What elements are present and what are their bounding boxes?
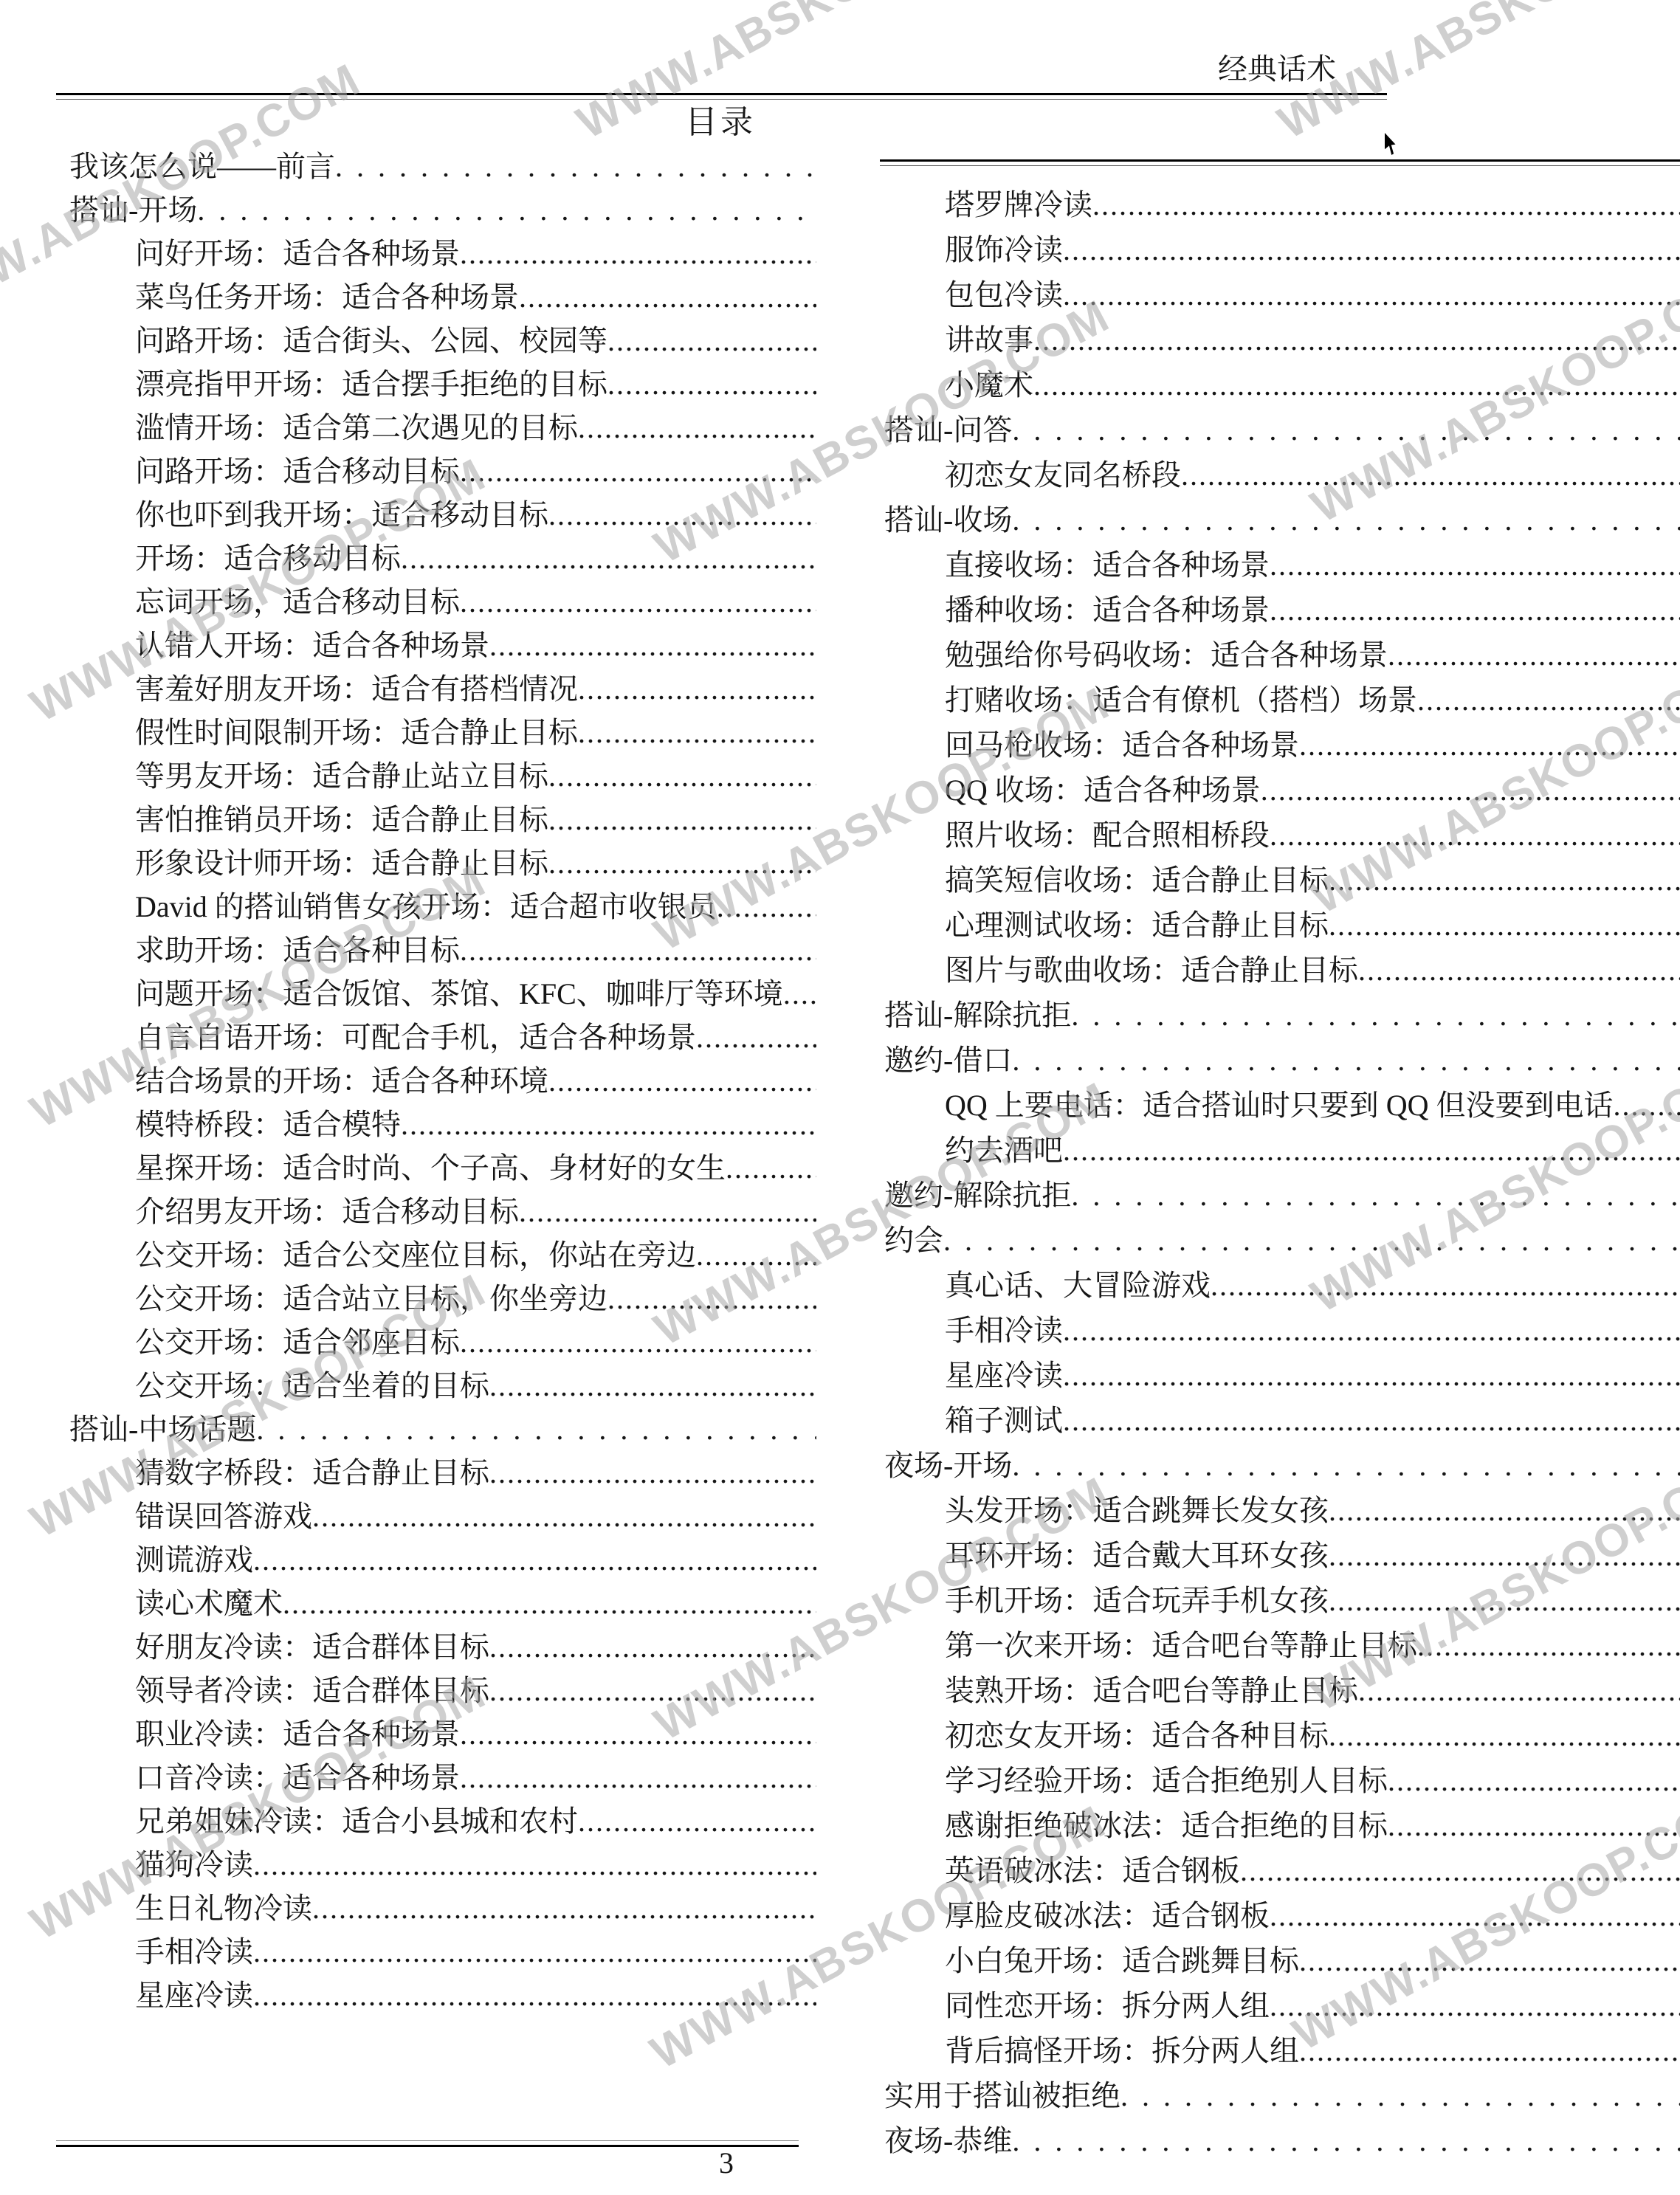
toc-entry-text: 自言自语开场：可配合手机，适合各种场景 [135, 1016, 696, 1059]
toc-entry-text: 星座冷读 [135, 1974, 253, 2017]
toc-entry-text: 求助开场：适合各种目标 [135, 928, 460, 972]
toc-entry-text: 忘词开场，适合移动目标 [135, 580, 460, 624]
footer-rule [56, 2140, 799, 2147]
toc-dot-leader: ........................................… [1388, 1803, 1680, 1848]
toc-entry-text: 公交开场：适合邻座目标 [135, 1320, 460, 1364]
toc-dot-leader: ........................................… [548, 841, 816, 885]
toc-entry-text: 搭讪-问答 [884, 407, 1012, 452]
toc-entry: 猫狗冷读....................................… [69, 1843, 816, 1886]
toc-entry-text: 背后搞怪开场：拆分两人组 [945, 2028, 1299, 2073]
toc-entry: 图片与歌曲收场：适合静止目标..........................… [884, 948, 1680, 993]
toc-dot-leader: ........................................… [696, 1016, 816, 1059]
toc-dot-leader: ........................................… [1329, 858, 1680, 903]
toc-entry: 邀约-借口...................................… [884, 1038, 1680, 1083]
toc-entry: 学习经验开场：适合拒绝别人目标.........................… [884, 1758, 1680, 1803]
toc-entry: 求助开场：适合各种目标.............................… [69, 928, 816, 972]
toc-entry-text: 口音冷读：适合各种场景 [135, 1756, 460, 1799]
toc-dot-leader: ........................................… [1012, 2118, 1680, 2163]
toc-entry: 介绍男友开场：适合移动目标...........................… [69, 1190, 816, 1233]
toc-entry: 搭讪-中场话题.................................… [69, 1407, 816, 1451]
toc-dot-leader: ........................................… [489, 1364, 816, 1407]
toc-entry-text: 你也吓到我开场：适合移动目标 [135, 493, 548, 537]
toc-dot-leader: ........................................… [1417, 678, 1680, 723]
toc-dot-leader: ........................................… [578, 667, 816, 711]
toc-entry: 读心术魔术...................................… [69, 1582, 816, 1625]
page-header-title: 经典话术 [1218, 53, 1336, 86]
toc-entry: 滥情开场：适合第二次遇见的目标.........................… [69, 406, 816, 449]
right-column-top-rule [880, 159, 1680, 166]
toc-entry-text: 手相冷读 [135, 1930, 253, 1974]
toc-entry-text: 讲故事 [945, 317, 1033, 362]
toc-dot-leader: ........................................… [489, 624, 816, 667]
toc-dot-leader: ........................................… [335, 145, 816, 188]
toc-entry-text: 搭讪-收场 [884, 497, 1012, 542]
toc-entry-text: 错误回答游戏 [135, 1495, 312, 1538]
toc-entry: 初恋女友开场：适合各种目标...........................… [884, 1713, 1680, 1758]
toc-entry-text: 小魔术 [945, 362, 1033, 407]
toc-entry: 等男友开场：适合静止站立目标..........................… [69, 754, 816, 798]
toc-entry: 播种收场：适合各种场景.............................… [884, 587, 1680, 633]
toc-dot-leader: ........................................… [460, 449, 816, 493]
toc-dot-leader: ........................................… [1063, 1398, 1680, 1443]
toc-entry: 害羞好朋友开场：适合有搭档情况.........................… [69, 667, 816, 711]
toc-dot-leader: ........................................… [1063, 1353, 1680, 1398]
toc-entry: 公交开场：适合公交座位目标，你站在旁边.....................… [69, 1233, 816, 1277]
toc-dot-leader: ........................................… [519, 1190, 816, 1233]
toc-dot-leader: ........................................… [401, 1103, 816, 1146]
toc-entry-text: 菜鸟任务开场：适合各种场景 [135, 275, 519, 319]
toc-entry: QQ 收场：适合各种场景............................… [884, 768, 1680, 813]
toc-dot-leader: ........................................… [717, 885, 816, 928]
toc-entry: 讲故事.....................................… [884, 317, 1680, 362]
toc-entry: 手机开场：适合玩弄手机女孩...........................… [884, 1578, 1680, 1623]
toc-dot-leader: ........................................… [1012, 1038, 1680, 1083]
toc-dot-leader: ........................................… [1417, 1623, 1680, 1668]
toc-entry: 星座冷读....................................… [69, 1974, 816, 2017]
toc-entry-text: 感谢拒绝破冰法：适合拒绝的目标 [945, 1803, 1388, 1848]
toc-entry-text: 图片与歌曲收场：适合静止目标 [945, 948, 1358, 993]
toc-entry: 开场：适合移动目标...............................… [69, 537, 816, 580]
toc-entry-text: 夜场-开场 [884, 1443, 1012, 1488]
toc-entry: 手相冷读....................................… [69, 1930, 816, 1974]
toc-dot-leader: ........................................… [253, 1974, 816, 2017]
toc-entry: 搭讪-问答...................................… [884, 407, 1680, 452]
toc-entry-text: 播种收场：适合各种场景 [945, 587, 1270, 633]
toc-entry-text: 邀约-解除抗拒 [884, 1173, 1071, 1218]
toc-dot-leader: ........................................… [1299, 2028, 1680, 2073]
toc-entry: 漂亮指甲开场：适合摆手拒绝的目标........................… [69, 362, 816, 406]
toc-entry: 回马枪收场：适合各种场景............................… [884, 723, 1680, 768]
toc-entry: 背后搞怪开场：拆分两人组............................… [884, 2028, 1680, 2073]
toc-entry-text: 邀约-借口 [884, 1038, 1012, 1083]
toc-dot-leader: ........................................… [783, 972, 816, 1016]
toc-entry-text: 照片收场：配合照相桥段 [945, 813, 1270, 858]
toc-dot-leader: ........................................… [1012, 497, 1680, 542]
toc-entry: 我该怎么说——前言...............................… [69, 145, 816, 188]
toc-dot-leader: ........................................… [696, 1233, 816, 1277]
toc-entry-text: 公交开场：适合站立目标，你坐旁边 [135, 1277, 607, 1320]
toc-dot-leader: ........................................… [1181, 452, 1680, 497]
toc-dot-leader: ........................................… [1261, 768, 1680, 813]
mouse-cursor-icon [1385, 133, 1401, 155]
toc-dot-leader: ........................................… [1270, 542, 1680, 587]
toc-dot-leader: ........................................… [460, 928, 816, 972]
toc-entry-text: 兄弟姐妹冷读：适合小县城和农村 [135, 1799, 578, 1843]
toc-dot-leader: ........................................… [401, 537, 816, 580]
toc-dot-leader: ........................................… [1063, 1308, 1680, 1353]
toc-entry-text: 领导者冷读：适合群体目标 [135, 1669, 489, 1712]
toc-entry: 公交开场：适合坐着的目标............................… [69, 1364, 816, 1407]
toc-entry-text: 塔罗牌冷读 [945, 182, 1092, 227]
toc-dot-leader: ........................................… [548, 798, 816, 841]
toc-entry: 问题开场：适合饭馆、茶馆、KFC、咖啡厅等环境.................… [69, 972, 816, 1016]
toc-dot-leader: ........................................… [1071, 1173, 1680, 1218]
toc-entry: 夜场-恭维...................................… [884, 2118, 1680, 2163]
toc-entry: 同性恋开场：拆分两人组.............................… [884, 1983, 1680, 2028]
toc-entry-text: 真心话、大冒险游戏 [945, 1263, 1211, 1308]
toc-dot-leader: ........................................… [1071, 993, 1680, 1038]
toc-entry-text: 好朋友冷读：适合群体目标 [135, 1625, 489, 1669]
toc-entry: 打赌收场：适合有僚机（搭档）场景........................… [884, 678, 1680, 723]
toc-title: 目录 [685, 105, 756, 140]
toc-dot-leader: ........................................… [1358, 1668, 1680, 1713]
toc-entry: 耳环开场：适合戴大耳环女孩...........................… [884, 1533, 1680, 1578]
toc-dot-leader: ........................................… [1329, 1713, 1680, 1758]
toc-entry: 问好开场：适合各种场景.............................… [69, 232, 816, 275]
toc-entry-text: David 的搭讪销售女孩开场：适合超市收银员 [135, 885, 717, 928]
toc-entry-text: 结合场景的开场：适合各种环境 [135, 1059, 548, 1103]
toc-entry-text: 心理测试收场：适合静止目标 [945, 903, 1329, 948]
toc-dot-leader: ........................................… [1012, 1443, 1680, 1488]
toc-entry-text: 厚脸皮破冰法：适合钢板 [945, 1893, 1270, 1938]
toc-dot-leader: ........................................… [460, 1712, 816, 1756]
toc-entry-text: 害怕推销员开场：适合静止目标 [135, 798, 548, 841]
toc-entry: 结合场景的开场：适合各种环境..........................… [69, 1059, 816, 1103]
toc-entry: 感谢拒绝破冰法：适合拒绝的目标.........................… [884, 1803, 1680, 1848]
toc-dot-leader: ........................................… [607, 362, 816, 406]
toc-dot-leader: ........................................… [578, 711, 816, 754]
toc-entry: 假性时间限制开场：适合静止目标.........................… [69, 711, 816, 754]
toc-entry-text: 我该怎么说——前言 [69, 145, 335, 188]
toc-dot-leader: ........................................… [312, 1886, 816, 1930]
toc-entry: QQ 上要电话：适合搭讪时只要到 QQ 但没要到电话..............… [884, 1083, 1680, 1128]
toc-entry-text: 包包冷读 [945, 272, 1063, 317]
toc-entry: 小魔术.....................................… [884, 362, 1680, 407]
toc-dot-leader: ........................................… [1092, 182, 1680, 227]
toc-dot-leader: ........................................… [1614, 1083, 1680, 1128]
toc-entry-text: 生日礼物冷读 [135, 1886, 312, 1930]
toc-entry: 问路开场：适合街头、公园、校园等........................… [69, 319, 816, 362]
toc-dot-leader: ........................................… [1329, 1488, 1680, 1533]
toc-entry: 公交开场：适合站立目标，你坐旁边........................… [69, 1277, 816, 1320]
toc-entry: 公交开场：适合邻座目标.............................… [69, 1320, 816, 1364]
toc-dot-leader: ........................................… [1033, 317, 1680, 362]
toc-entry-text: 猫狗冷读 [135, 1843, 253, 1886]
toc-entry-text: 滥情开场：适合第二次遇见的目标 [135, 406, 578, 449]
toc-dot-leader: ........................................… [1329, 1578, 1680, 1623]
toc-entry: 你也吓到我开场：适合移动目标..........................… [69, 493, 816, 537]
toc-entry: 真心话、大冒险游戏...............................… [884, 1263, 1680, 1308]
toc-entry-text: 开场：适合移动目标 [135, 537, 401, 580]
toc-entry-text: 英语破冰法：适合钢板 [945, 1848, 1240, 1893]
toc-dot-leader: ........................................… [1240, 1848, 1680, 1893]
toc-entry-text: 搞笑短信收场：适合静止目标 [945, 858, 1329, 903]
toc-entry-text: 约会 [884, 1218, 943, 1263]
toc-entry-text: 直接收场：适合各种场景 [945, 542, 1270, 587]
toc-dot-leader: ........................................… [489, 1669, 816, 1712]
toc-entry-text: 约去酒吧 [945, 1128, 1063, 1173]
toc-entry: 塔罗牌冷读...................................… [884, 182, 1680, 227]
toc-left-column: 我该怎么说——前言...............................… [69, 145, 816, 2017]
toc-entry-text: 服饰冷读 [945, 227, 1063, 272]
toc-entry-text: 漂亮指甲开场：适合摆手拒绝的目标 [135, 362, 607, 406]
toc-entry-text: QQ 收场：适合各种场景 [945, 768, 1261, 813]
toc-entry-text: 读心术魔术 [135, 1582, 283, 1625]
toc-dot-leader: ........................................… [1388, 1758, 1680, 1803]
toc-entry: 职业冷读：适合各种场景.............................… [69, 1712, 816, 1756]
toc-entry: 勉强给你号码收场：适合各种场景.........................… [884, 633, 1680, 678]
toc-dot-leader: ........................................… [1329, 903, 1680, 948]
toc-dot-leader: ........................................… [548, 1059, 816, 1103]
toc-dot-leader: ........................................… [1012, 407, 1680, 452]
toc-dot-leader: ........................................… [1299, 723, 1680, 768]
toc-dot-leader: ........................................… [726, 1146, 816, 1190]
toc-dot-leader: ........................................… [253, 1538, 816, 1582]
toc-dot-leader: ........................................… [578, 406, 816, 449]
toc-dot-leader: ........................................… [460, 232, 816, 275]
toc-entry: 直接收场：适合各种场景.............................… [884, 542, 1680, 587]
toc-dot-leader: ........................................… [943, 1218, 1680, 1263]
toc-entry-text: 耳环开场：适合戴大耳环女孩 [945, 1533, 1329, 1578]
toc-entry: 手相冷读....................................… [884, 1308, 1680, 1353]
toc-entry-text: 箱子测试 [945, 1398, 1063, 1443]
toc-entry: David 的搭讪销售女孩开场：适合超市收银员.................… [69, 885, 816, 928]
toc-dot-leader: ........................................… [1270, 1893, 1680, 1938]
toc-entry-text: 初恋女友开场：适合各种目标 [945, 1713, 1329, 1758]
toc-entry-text: 职业冷读：适合各种场景 [135, 1712, 460, 1756]
toc-entry-text: 搭讪-解除抗拒 [884, 993, 1071, 1038]
toc-entry-text: 回马枪收场：适合各种场景 [945, 723, 1299, 768]
toc-dot-leader: ........................................… [460, 1320, 816, 1364]
toc-entry: 星座冷读....................................… [884, 1353, 1680, 1398]
toc-dot-leader: ........................................… [312, 1495, 816, 1538]
toc-entry-text: 勉强给你号码收场：适合各种场景 [945, 633, 1388, 678]
toc-entry: 领导者冷读：适合群体目标............................… [69, 1669, 816, 1712]
toc-entry-text: QQ 上要电话：适合搭讪时只要到 QQ 但没要到电话 [945, 1083, 1614, 1128]
toc-entry: 初恋女友同名桥段................................… [884, 452, 1680, 497]
toc-entry-text: 问路开场：适合街头、公园、校园等 [135, 319, 607, 362]
document-page: 经典话术 目录 我该怎么说——前言.......................… [0, 0, 1680, 2195]
toc-entry-text: 实用于搭讪被拒绝 [884, 2073, 1120, 2118]
toc-entry: 测谎游戏....................................… [69, 1538, 816, 1582]
toc-entry: 忘词开场，适合移动目标.............................… [69, 580, 816, 624]
toc-dot-leader: ........................................… [1358, 948, 1680, 993]
toc-entry: 自言自语开场：可配合手机，适合各种场景.....................… [69, 1016, 816, 1059]
toc-entry-text: 测谎游戏 [135, 1538, 253, 1582]
toc-dot-leader: ........................................… [548, 754, 816, 798]
toc-entry-text: 模特桥段：适合模特 [135, 1103, 401, 1146]
toc-dot-leader: ........................................… [1329, 1533, 1680, 1578]
toc-dot-leader: ........................................… [548, 493, 816, 537]
toc-entry: 约去酒吧....................................… [884, 1128, 1680, 1173]
toc-entry-text: 同性恋开场：拆分两人组 [945, 1983, 1270, 2028]
toc-entry-text: 问路开场：适合移动目标 [135, 449, 460, 493]
toc-entry: 搭讪-解除抗拒.................................… [884, 993, 1680, 1038]
toc-entry-text: 形象设计师开场：适合静止目标 [135, 841, 548, 885]
toc-dot-leader: ........................................… [460, 580, 816, 624]
toc-entry: 星探开场：适合时尚、个子高、身材好的女生....................… [69, 1146, 816, 1190]
toc-entry: 错误回答游戏..................................… [69, 1495, 816, 1538]
toc-dot-leader: ........................................… [1120, 2073, 1680, 2118]
toc-dot-leader: ........................................… [578, 1799, 816, 1843]
toc-entry-text: 猜数字桥段：适合静止目标 [135, 1451, 489, 1495]
watermark-text: WWW.ABSKOOP.COM [568, 0, 1041, 150]
toc-entry-text: 夜场-恭维 [884, 2118, 1012, 2163]
toc-dot-leader: ........................................… [283, 1582, 816, 1625]
toc-entry: 害怕推销员开场：适合静止目标..........................… [69, 798, 816, 841]
toc-dot-leader: ........................................… [253, 1930, 816, 1974]
toc-dot-leader: ........................................… [1211, 1263, 1680, 1308]
toc-entry: 兄弟姐妹冷读：适合小县城和农村.........................… [69, 1799, 816, 1843]
toc-entry: 服饰冷读....................................… [884, 227, 1680, 272]
toc-entry-text: 头发开场：适合跳舞长发女孩 [945, 1488, 1329, 1533]
toc-entry: 约会......................................… [884, 1218, 1680, 1263]
toc-entry-text: 星座冷读 [945, 1353, 1063, 1398]
toc-entry: 小白兔开场：适合跳舞目标............................… [884, 1938, 1680, 1983]
toc-entry: 搭讪-收场...................................… [884, 497, 1680, 542]
toc-dot-leader: ........................................… [489, 1451, 816, 1495]
toc-dot-leader: ........................................… [1270, 813, 1680, 858]
toc-entry: 心理测试收场：适合静止目标...........................… [884, 903, 1680, 948]
toc-dot-leader: ........................................… [519, 275, 816, 319]
toc-dot-leader: ........................................… [460, 1756, 816, 1799]
toc-entry: 实用于搭讪被拒绝................................… [884, 2073, 1680, 2118]
toc-dot-leader: ........................................… [607, 1277, 816, 1320]
toc-entry: 菜鸟任务开场：适合各种场景...........................… [69, 275, 816, 319]
toc-dot-leader: ........................................… [1063, 272, 1680, 317]
toc-entry-text: 搭讪-开场 [69, 188, 197, 232]
toc-entry: 箱子测试....................................… [884, 1398, 1680, 1443]
toc-entry-text: 搭讪-中场话题 [69, 1407, 256, 1451]
toc-entry: 猜数字桥段：适合静止目标............................… [69, 1451, 816, 1495]
toc-entry-text: 初恋女友同名桥段 [945, 452, 1181, 497]
toc-dot-leader: ........................................… [1270, 1983, 1680, 2028]
toc-entry: 厚脸皮破冰法：适合钢板.............................… [884, 1893, 1680, 1938]
toc-entry-text: 问题开场：适合饭馆、茶馆、KFC、咖啡厅等环境 [135, 972, 783, 1016]
toc-dot-leader: ........................................… [607, 319, 816, 362]
toc-entry: 照片收场：配合照相桥段.............................… [884, 813, 1680, 858]
toc-entry-text: 假性时间限制开场：适合静止目标 [135, 711, 578, 754]
toc-dot-leader: ........................................… [1033, 362, 1680, 407]
header-rule [56, 93, 1387, 100]
toc-entry-text: 星探开场：适合时尚、个子高、身材好的女生 [135, 1146, 726, 1190]
toc-entry: 口音冷读：适合各种场景.............................… [69, 1756, 816, 1799]
toc-entry: 搭讪-开场...................................… [69, 188, 816, 232]
toc-entry: 第一次来开场：适合吧台等静止目标........................… [884, 1623, 1680, 1668]
toc-entry: 问路开场：适合移动目标.............................… [69, 449, 816, 493]
toc-entry-text: 等男友开场：适合静止站立目标 [135, 754, 548, 798]
toc-entry: 邀约-解除抗拒.................................… [884, 1173, 1680, 1218]
toc-right-column: 塔罗牌冷读...................................… [884, 182, 1680, 2163]
toc-entry: 模特桥段：适合模特...............................… [69, 1103, 816, 1146]
toc-dot-leader: ........................................… [1299, 1938, 1680, 1983]
toc-entry-text: 公交开场：适合坐着的目标 [135, 1364, 489, 1407]
toc-entry-text: 小白兔开场：适合跳舞目标 [945, 1938, 1299, 1983]
toc-entry-text: 装熟开场：适合吧台等静止目标 [945, 1668, 1358, 1713]
toc-dot-leader: ........................................… [1270, 587, 1680, 633]
page-number: 3 [697, 2146, 756, 2180]
toc-entry: 装熟开场：适合吧台等静止目标..........................… [884, 1668, 1680, 1713]
toc-entry: 认错人开场：适合各种场景............................… [69, 624, 816, 667]
toc-entry: 搞笑短信收场：适合静止目标...........................… [884, 858, 1680, 903]
toc-entry-text: 介绍男友开场：适合移动目标 [135, 1190, 519, 1233]
toc-entry-text: 手相冷读 [945, 1308, 1063, 1353]
toc-dot-leader: ........................................… [1063, 1128, 1680, 1173]
toc-entry: 包包冷读....................................… [884, 272, 1680, 317]
toc-entry-text: 打赌收场：适合有僚机（搭档）场景 [945, 678, 1417, 723]
toc-dot-leader: ........................................… [253, 1843, 816, 1886]
toc-entry-text: 认错人开场：适合各种场景 [135, 624, 489, 667]
toc-entry-text: 手机开场：适合玩弄手机女孩 [945, 1578, 1329, 1623]
toc-entry: 头发开场：适合跳舞长发女孩...........................… [884, 1488, 1680, 1533]
toc-dot-leader: ........................................… [256, 1407, 816, 1451]
toc-entry-text: 学习经验开场：适合拒绝别人目标 [945, 1758, 1388, 1803]
toc-dot-leader: ........................................… [1063, 227, 1680, 272]
toc-entry-text: 第一次来开场：适合吧台等静止目标 [945, 1623, 1417, 1668]
toc-entry-text: 问好开场：适合各种场景 [135, 232, 460, 275]
toc-dot-leader: ........................................… [1388, 633, 1680, 678]
toc-entry: 形象设计师开场：适合静止目标..........................… [69, 841, 816, 885]
toc-dot-leader: ........................................… [197, 188, 816, 232]
toc-entry-text: 害羞好朋友开场：适合有搭档情况 [135, 667, 578, 711]
toc-entry: 英语破冰法：适合钢板..............................… [884, 1848, 1680, 1893]
toc-entry: 好朋友冷读：适合群体目标............................… [69, 1625, 816, 1669]
toc-entry: 生日礼物冷读..................................… [69, 1886, 816, 1930]
toc-entry: 夜场-开场...................................… [884, 1443, 1680, 1488]
toc-entry-text: 公交开场：适合公交座位目标，你站在旁边 [135, 1233, 696, 1277]
toc-dot-leader: ........................................… [489, 1625, 816, 1669]
